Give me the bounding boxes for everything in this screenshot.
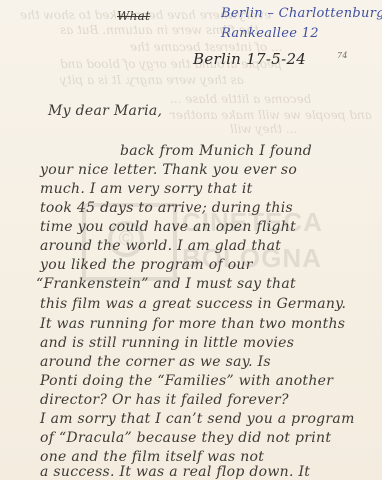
page-note: 74 bbox=[337, 51, 348, 60]
body-line: your nice letter. Thank you ever so bbox=[40, 162, 297, 178]
sender-address-line2: Rankeallee 12 bbox=[221, 26, 319, 41]
body-line: director? Or has it failed forever? bbox=[40, 392, 289, 408]
body-line: and is still running in little movies bbox=[40, 335, 294, 351]
body-line: time you could have an open flight bbox=[40, 219, 296, 235]
bleed-line: and people we will make another bbox=[170, 108, 372, 122]
bleed-line: ... they will bbox=[230, 122, 297, 136]
body-line: around the world. I am glad that bbox=[40, 238, 281, 254]
salutation: My dear Maria, bbox=[48, 103, 162, 119]
bleed-line: become a little blase ... bbox=[170, 92, 311, 106]
body-line: you liked the program of our bbox=[40, 257, 253, 273]
body-line: this film was a great success in Germany… bbox=[40, 296, 346, 312]
place-date: Berlin 17-5-24 bbox=[193, 50, 306, 68]
body-line: around the corner as we say. Is bbox=[40, 354, 271, 370]
body-line: back from Munich I found bbox=[120, 143, 312, 159]
body-line: It was running for more than two months bbox=[40, 316, 345, 332]
body-line: one and the film itself was not bbox=[40, 449, 264, 465]
struck-word: What bbox=[117, 9, 150, 23]
body-line: took 45 days to arrive; during this bbox=[40, 200, 293, 216]
body-line: I am sorry that I can’t send you a progr… bbox=[40, 411, 355, 427]
body-line: a success. It was a real flop down. It bbox=[40, 464, 310, 480]
body-line: “Frankenstein” and I must say that bbox=[36, 276, 296, 292]
sender-address-line1: Berlin – Charlottenburg bbox=[221, 6, 382, 21]
bleed-line: as they were angry. It is a pity bbox=[60, 73, 244, 87]
body-line: much. I am very sorry that it bbox=[40, 181, 253, 197]
body-line: Ponti doing the “Families” with another bbox=[40, 373, 333, 389]
body-line: of “Dracula” because they did not print bbox=[40, 430, 331, 446]
